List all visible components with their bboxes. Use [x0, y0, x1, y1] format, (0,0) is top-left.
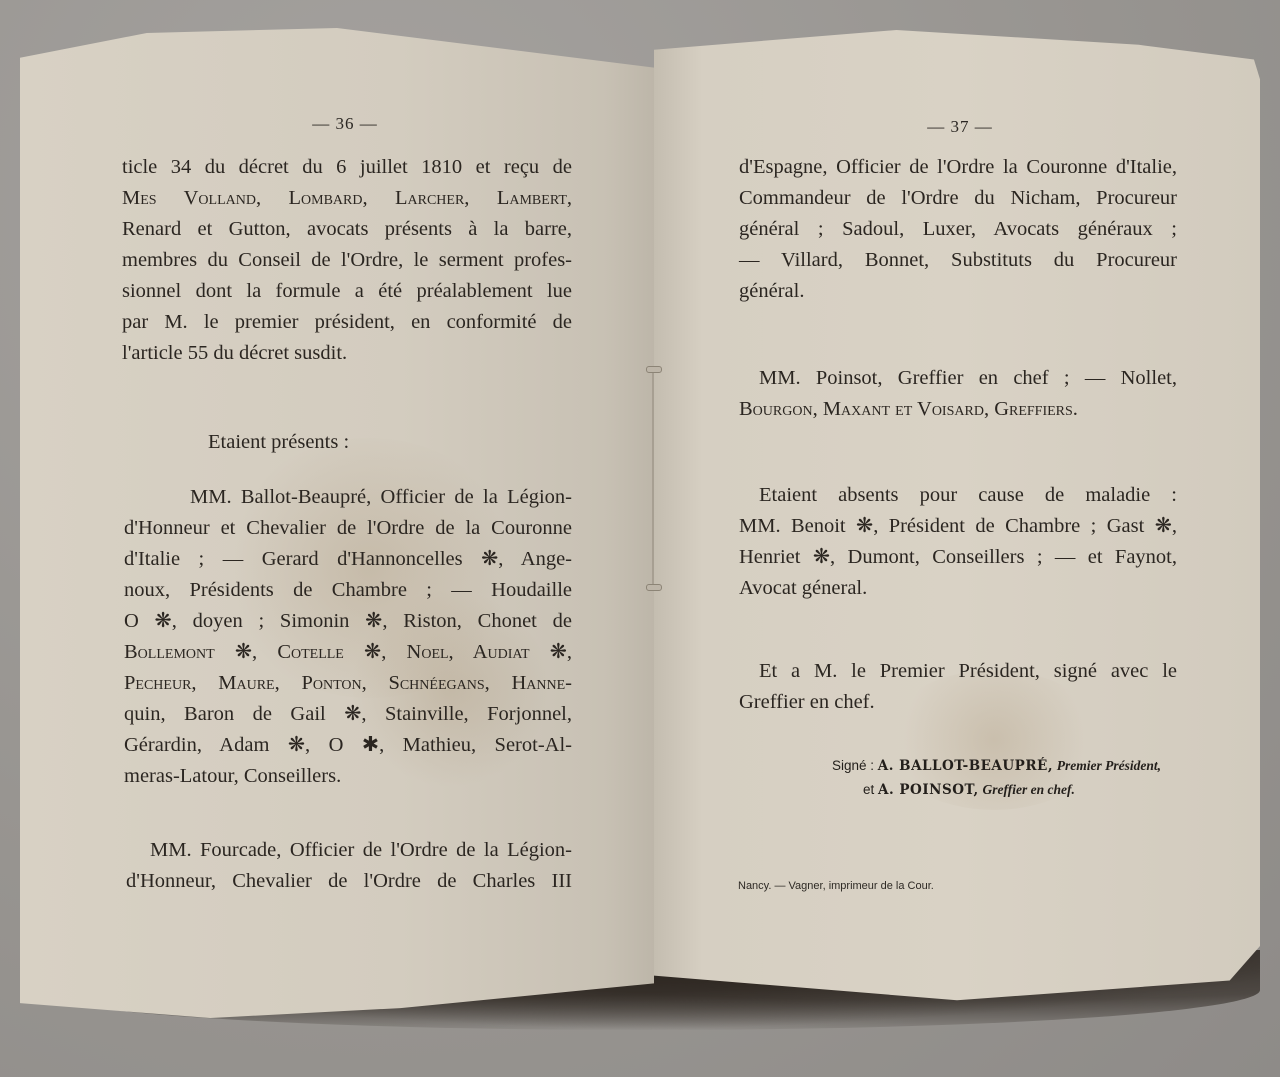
- text-line: Mes Volland, Lombard, Larcher, Lambert,: [122, 183, 572, 214]
- signer-title: Premier Président,: [1057, 758, 1161, 773]
- text-line: MM. Benoit ❋, Président de Chambre ; Gas…: [739, 511, 1177, 542]
- text-line: Etaient absents pour cause de maladie :: [739, 480, 1177, 511]
- text-line: d'Espagne, Officier de l'Ordre la Couron…: [739, 152, 1177, 183]
- page-number-right: — 37 —: [915, 117, 1005, 137]
- left-paragraph-1: ticle 34 du décret du 6 juillet 1810 et …: [122, 152, 572, 369]
- text-line: Avocat géneral.: [739, 573, 1177, 604]
- heading-present: Etaient présents :: [208, 427, 508, 458]
- text-line: d'Honneur, Chevalier de l'Ordre de Charl…: [126, 866, 572, 897]
- text-line: Bollemont ❋, Cotelle ❋, Noel, Audiat ❋,: [124, 637, 572, 668]
- binding-thread: [652, 368, 654, 588]
- text-line: Bourgon, Maxant et Voisard, Greffiers.: [739, 394, 1177, 425]
- text-line: général.: [739, 276, 1177, 307]
- binding-knot: [646, 584, 662, 591]
- right-paragraph-1: d'Espagne, Officier de l'Ordre la Couron…: [739, 152, 1177, 307]
- text-line: meras-Latour, Conseillers.: [124, 761, 572, 792]
- text-line: MM. Ballot-Beaupré, Officier de la Légio…: [124, 482, 572, 513]
- signer-name: A. POINSOT,: [878, 782, 979, 798]
- text-line: Et a M. le Premier Président, signé avec…: [739, 656, 1177, 687]
- text-line: MM. Fourcade, Officier de l'Ordre de la …: [126, 835, 572, 866]
- text-line: O ❋, doyen ; Simonin ❋, Riston, Chonet d…: [124, 606, 572, 637]
- text-line: quin, Baron de Gail ❋, Stainville, Forjo…: [124, 699, 572, 730]
- right-paragraph-2: MM. Poinsot, Greffier en chef ; — Nollet…: [739, 363, 1177, 425]
- text-line: Commandeur de l'Ordre du Nicham, Procure…: [739, 183, 1177, 214]
- printer-imprint: Nancy. — Vagner, imprimeur de la Cour.: [738, 880, 934, 892]
- text-line: membres du Conseil de l'Ordre, le sermen…: [122, 245, 572, 276]
- text-line: d'Honneur et Chevalier de l'Ordre de la …: [124, 513, 572, 544]
- text-line: sionnel dont la formule a été préalablem…: [122, 276, 572, 307]
- text-line: Henriet ❋, Dumont, Conseillers ; — et Fa…: [739, 542, 1177, 573]
- right-paragraph-4: Et a M. le Premier Président, signé avec…: [739, 656, 1177, 718]
- text-line: — Villard, Bonnet, Substituts du Procure…: [739, 245, 1177, 276]
- binding-knot: [646, 366, 662, 373]
- signature-line-1: Signé : A. BALLOT-BEAUPRÉ, Premier Prési…: [832, 754, 1161, 778]
- text-line: noux, Présidents de Chambre ; — Houdaill…: [124, 575, 572, 606]
- text-line: général ; Sadoul, Luxer, Avocats générau…: [739, 214, 1177, 245]
- text-line: MM. Poinsot, Greffier en chef ; — Nollet…: [739, 363, 1177, 394]
- text-line: d'Italie ; — Gerard d'Hannoncelles ❋, An…: [124, 544, 572, 575]
- text-line: par M. le premier président, en conformi…: [122, 307, 572, 338]
- page-number-left: — 36 —: [300, 114, 390, 134]
- left-paragraph-2: MM. Ballot-Beaupré, Officier de la Légio…: [124, 482, 572, 792]
- text-line: ticle 34 du décret du 6 juillet 1810 et …: [122, 152, 572, 183]
- signature-line-2: et A. POINSOT, Greffier en chef.: [863, 778, 1075, 802]
- text-line: l'article 55 du décret susdit.: [122, 338, 572, 369]
- text-line: Renard et Gutton, avocats présents à la …: [122, 214, 572, 245]
- signer-name: A. BALLOT-BEAUPRÉ,: [878, 758, 1053, 774]
- right-paragraph-3: Etaient absents pour cause de maladie : …: [739, 480, 1177, 604]
- text-line: Gérardin, Adam ❋, O ✱, Mathieu, Serot-Al…: [124, 730, 572, 761]
- text-line: Greffier en chef.: [739, 687, 1177, 718]
- signer-title: Greffier en chef.: [983, 782, 1075, 797]
- left-paragraph-3: MM. Fourcade, Officier de l'Ordre de la …: [126, 835, 572, 897]
- text-line: Pecheur, Maure, Ponton, Schnéegans, Hann…: [124, 668, 572, 699]
